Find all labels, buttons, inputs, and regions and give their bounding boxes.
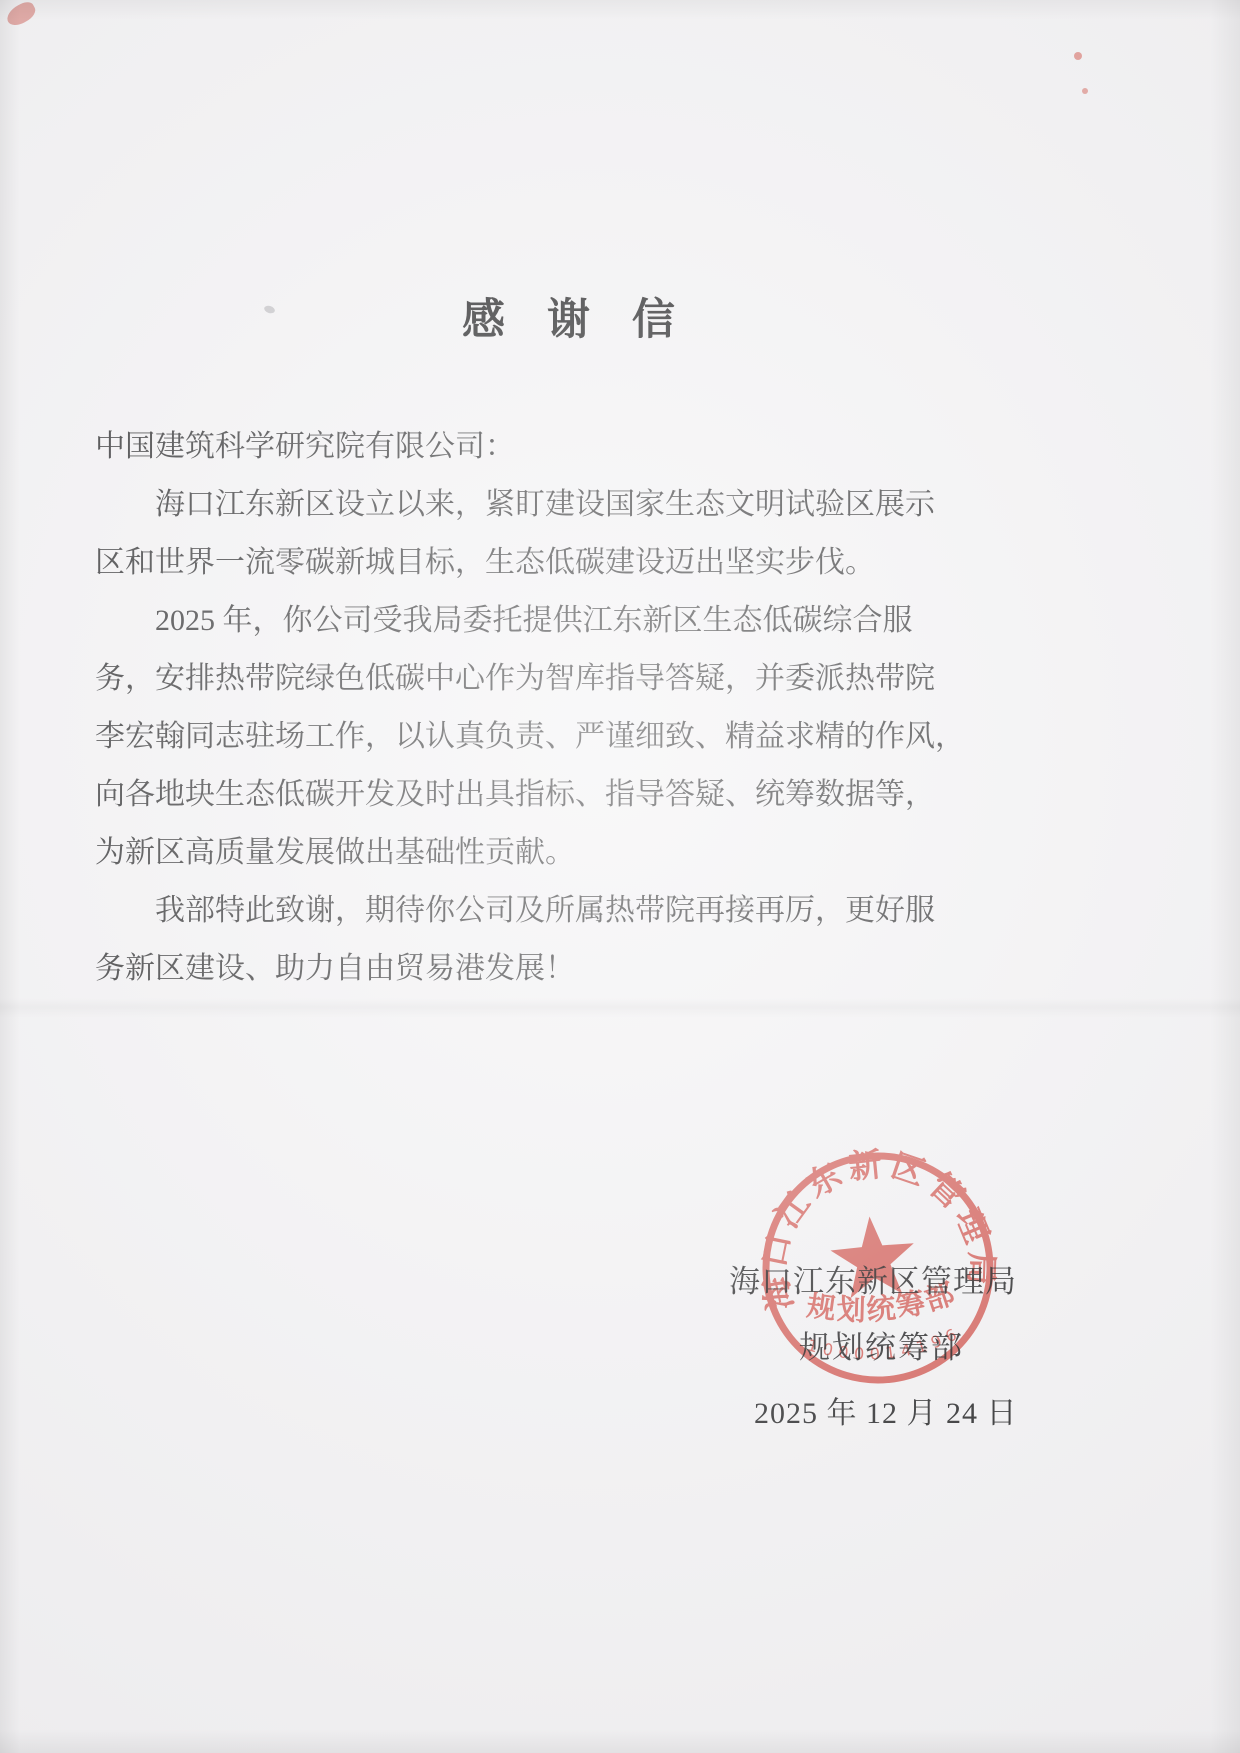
scan-artifact-red	[4, 0, 39, 29]
body-line-2: 区和世界一流零碳新城目标，生态低碳建设迈出坚实步伐。	[95, 534, 945, 592]
letter-page: 感 谢 信 中国建筑科学研究院有限公司： 海口江东新区设立以来，紧盯建设国家生态…	[0, 0, 1240, 1753]
body-line-7: 为新区高质量发展做出基础性贡献。	[95, 824, 945, 882]
body-line-9: 务新区建设、助力自由贸易港发展！	[95, 940, 945, 998]
letter-title: 感 谢 信	[462, 286, 680, 347]
body-line-6: 向各地块生态低碳开发及时出具指标、指导答疑、统筹数据等，	[95, 766, 945, 824]
scan-artifact-red	[1074, 52, 1082, 60]
stamp-graphics: 海口江东新区管理局 规划统筹部 10000141968	[715, 1105, 1008, 1393]
body-line-5: 李宏翰同志驻场工作，以认真负责、严谨细致、精益求精的作风，	[95, 708, 945, 766]
official-seal-stamp: 海口江东新区管理局 规划统筹部 10000141968	[715, 1105, 1040, 1430]
stamp-ring-text: 海口江东新区管理局	[745, 1137, 1002, 1314]
svg-text:海口江东新区管理局: 海口江东新区管理局	[745, 1137, 1002, 1314]
body-line-3: 2025 年，你公司受我局委托提供江东新区生态低碳综合服	[95, 592, 945, 650]
svg-text:10000141968: 10000141968	[715, 1105, 966, 1376]
stamp-star-icon	[828, 1213, 918, 1300]
svg-text:规划统筹部: 规划统筹部	[802, 1276, 961, 1333]
salutation: 中国建筑科学研究院有限公司：	[95, 418, 945, 476]
stamp-serial-number: 10000141968	[715, 1105, 966, 1376]
body-line-8: 我部特此致谢，期待你公司及所属热带院再接再厉，更好服	[95, 882, 945, 940]
body-line-1: 海口江东新区设立以来，紧盯建设国家生态文明试验区展示	[95, 476, 945, 534]
letter-body: 中国建筑科学研究院有限公司： 海口江东新区设立以来，紧盯建设国家生态文明试验区展…	[95, 418, 945, 998]
scan-artifact-gray	[263, 304, 276, 314]
body-line-4: 务，安排热带院绿色低碳中心作为智库指导答疑，并委派热带院	[95, 650, 945, 708]
scan-artifact-red	[1082, 88, 1088, 94]
stamp-banner-text: 规划统筹部	[802, 1276, 961, 1333]
